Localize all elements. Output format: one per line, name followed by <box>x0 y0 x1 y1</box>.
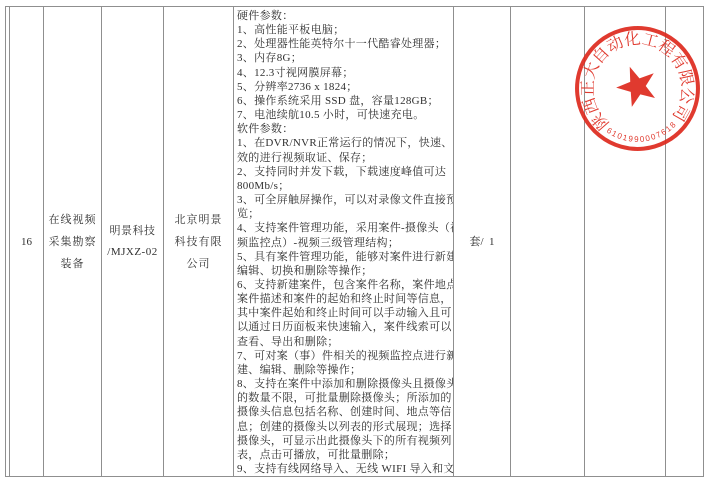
spec-line: 摄像头，可显示出此摄像头下的所有视频列 <box>237 434 453 448</box>
spec-line: 编辑、切换和删除等操作； <box>237 264 453 278</box>
document-page: 16 在线视频 采集勘察 装备 明景科技 /MJXZ-02 北京明景 科技有限 … <box>0 0 710 486</box>
brand-model: 明景科技 /MJXZ-02 <box>107 221 157 263</box>
spec-line: 硬件参数： <box>237 9 453 23</box>
cell-spec-text: 硬件参数： 1、高性能平板电脑； 2、处理器性能英特尔十一代酷睿处理器； 3、内… <box>234 7 453 476</box>
spec-line: 7、电池续航10.5 小时，可快速充电。 <box>237 108 453 122</box>
spec-line: 其中案件起始和终止时间可以手动输入且可 <box>237 306 453 320</box>
spec-line: 8、支持在案件中添加和删除摄像头且摄像头 <box>237 377 453 391</box>
spec-line: 以通过日历面板来快速输入，案件线索可以 <box>237 320 453 334</box>
spec-line: 建、编辑、删除等操作； <box>237 363 453 377</box>
spec-line: 4、支持案件管理功能，采用案件-摄像头（视 <box>237 221 453 235</box>
spec-line: 3、内存8G； <box>237 51 453 65</box>
spec-line: 息；创建的摄像头以列表的形式展现；选择 <box>237 420 453 434</box>
cell-brand-model: 明景科技 /MJXZ-02 <box>102 7 163 476</box>
spec-line: 5、具有案件管理功能，能够对案件进行新建、 <box>237 250 453 264</box>
spec-line: 2、处理器性能英特尔十一代酷睿处理器； <box>237 37 453 51</box>
spec-line: 查看、导出和删除； <box>237 335 453 349</box>
spec-line: 2、支持同时并发下载，下载速度峰值可达 <box>237 165 453 179</box>
company-stamp: 陕西正大自动化工程有限公司 6101990007618 <box>564 15 710 161</box>
spec-line: 1、高性能平板电脑； <box>237 23 453 37</box>
spec-line: 软件参数： <box>237 122 453 136</box>
spec-line: 效的进行视频取证、保存； <box>237 151 453 165</box>
spec-line: 览； <box>237 207 453 221</box>
spec-line: 摄像头信息包括名称、创建时间、地点等信 <box>237 405 453 419</box>
stamp-seal-icon: 陕西正大自动化工程有限公司 6101990007618 <box>564 15 710 161</box>
star-icon <box>614 64 657 108</box>
spec-line: 表，点击可播放，可批量删除； <box>237 448 453 462</box>
cell-manufacturer: 北京明景 科技有限 公司 <box>164 7 233 476</box>
spec-line: 6、支持新建案件，包含案件名称，案件地点， <box>237 278 453 292</box>
spec-line: 3、可全屏触屏操作，可以对录像文件直接预 <box>237 193 453 207</box>
spec-line: 的数量不限，可批量删除摄像头；所添加的 <box>237 391 453 405</box>
spec-line: 案件描述和案件的起始和终止时间等信息， <box>237 292 453 306</box>
cell-item-name: 在线视频 采集勘察 装备 <box>44 7 101 476</box>
spec-line: 7、可对案（事）件相关的视频监控点进行新 <box>237 349 453 363</box>
spec-line: 800Mb/s； <box>237 179 453 193</box>
item-index: 16 <box>21 231 32 253</box>
spec-line: 4、12.3寸视网膜屏幕； <box>237 66 453 80</box>
cell-item-index: 16 <box>10 7 43 476</box>
spec-line: 频监控点）-视频三级管理结构； <box>237 236 453 250</box>
unit-quantity: 套/ 1 <box>469 231 494 253</box>
spec-line: 5、分辨率2736 x 1824； <box>237 80 453 94</box>
spec-line: 1、在DVR/NVR正常运行的情况下，快速、高 <box>237 136 453 150</box>
item-name: 在线视频 采集勘察 装备 <box>49 209 97 275</box>
manufacturer: 北京明景 科技有限 公司 <box>175 209 223 275</box>
cell-unit-quantity: 套/ 1 <box>454 7 510 476</box>
spec-line: 9、支持有线网络导入、无线 WIFI 导入和文 <box>237 462 453 476</box>
spec-line: 6、操作系统采用 SSD 盘，容量128GB； <box>237 94 453 108</box>
